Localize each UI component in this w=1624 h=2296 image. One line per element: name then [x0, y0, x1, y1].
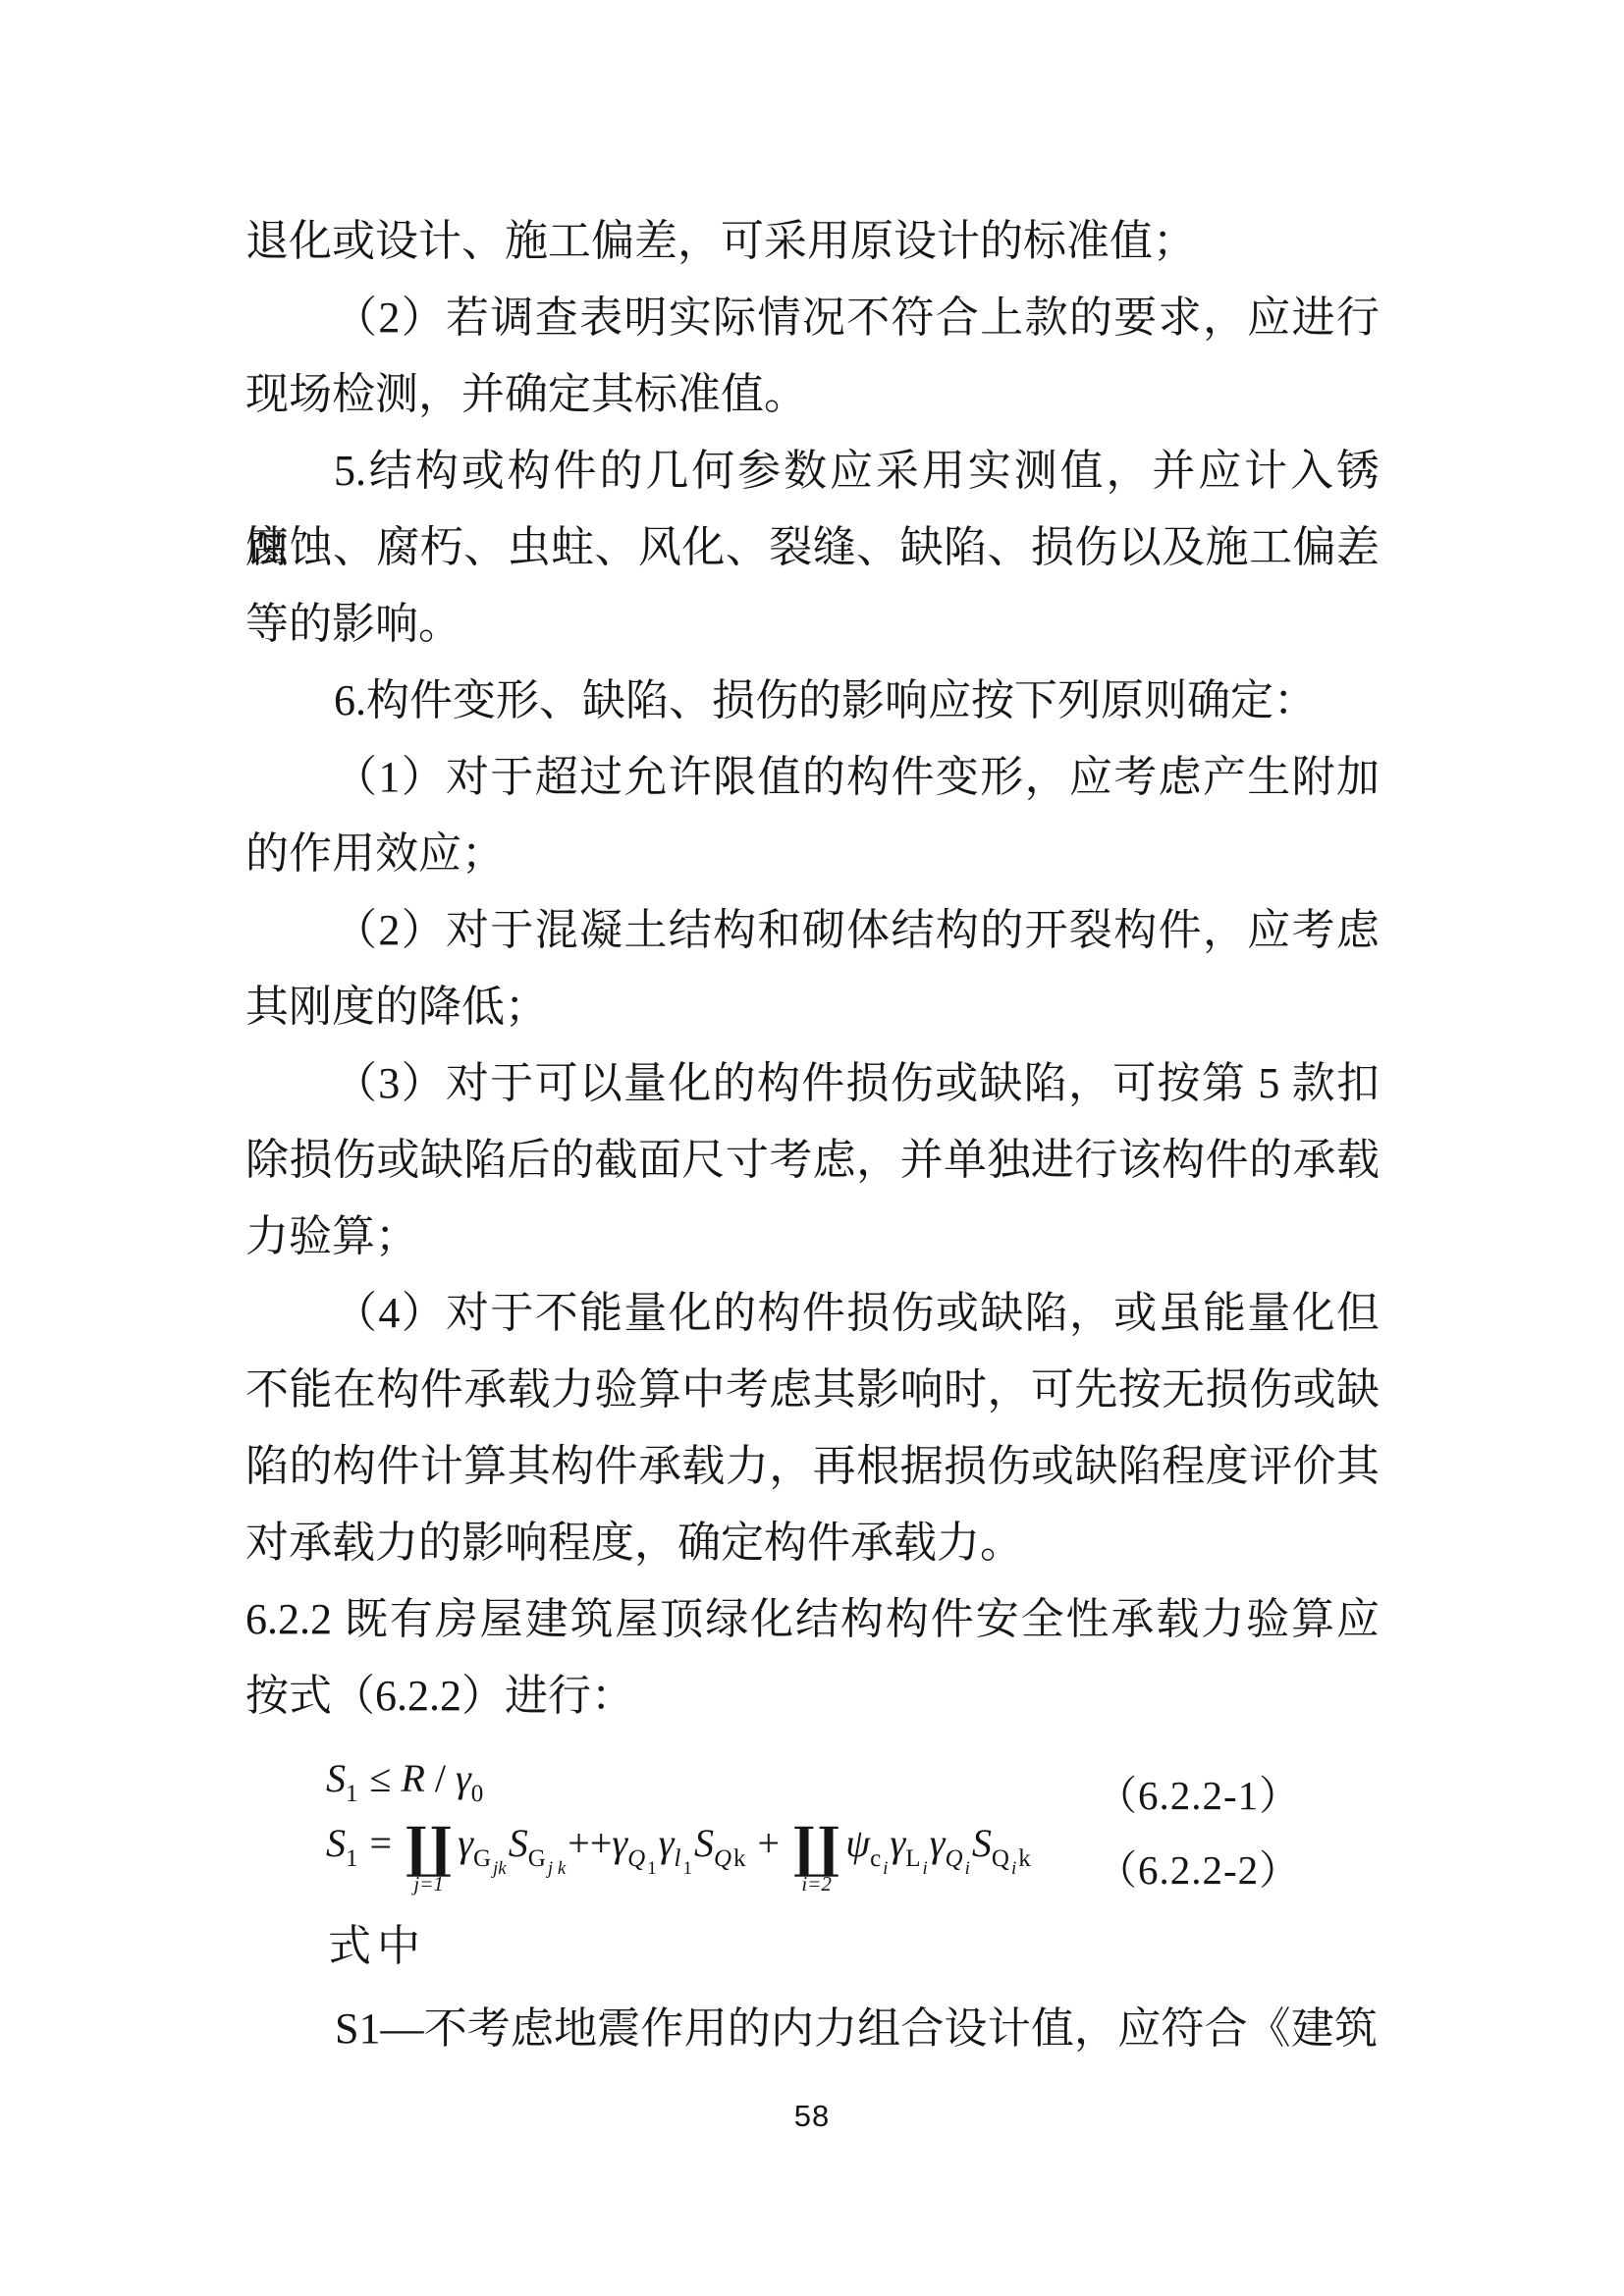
text-line: （4）对于不能量化的构件损伤或缺陷，或虽能量化但 — [245, 1275, 1380, 1352]
coproduct-operator: ∐i=2 — [793, 1823, 839, 1896]
formula-token: jk — [493, 1858, 507, 1879]
document-page: 退化或设计、施工偏差，可采用原设计的标准值；（2）若调查表明实际情况不符合上款的… — [0, 0, 1624, 2296]
text-line: 除损伤或缺陷后的截面尺寸考虑，并单独进行该构件的承载 — [245, 1122, 1380, 1199]
text-line: 的作用效应； — [245, 816, 1380, 892]
text-line: （3）对于可以量化的构件损伤或缺陷，可按第 5 款扣 — [245, 1045, 1380, 1122]
formula-token: i — [1011, 1858, 1016, 1879]
text-line: 力验算； — [245, 1199, 1380, 1275]
text-line: 陷的构件计算其构件承载力，再根据损伤或缺陷程度评价其 — [245, 1428, 1380, 1505]
equation-label-2: （6.2.2-2） — [1097, 1838, 1300, 1896]
text-line: 其刚度的降低； — [245, 969, 1380, 1045]
formula-token: L — [905, 1845, 920, 1872]
formula-token: c — [870, 1845, 881, 1872]
equation-label-1: （6.2.2-1） — [1097, 1763, 1300, 1821]
page-number: 58 — [0, 2099, 1624, 2134]
text-line: 6.2.2 既有房屋建筑屋顶绿化结构构件安全性承载力验算应 — [245, 1581, 1380, 1658]
formula-token: i — [923, 1858, 928, 1879]
text-line: 不能在构件承载力验算中考虑其影响时，可先按无损伤或缺 — [245, 1352, 1380, 1428]
formula-token: ++ — [568, 1821, 612, 1865]
formula-token: γ — [659, 1821, 675, 1865]
text-line: 等的影响。 — [245, 586, 1380, 663]
formula-2-expression: S1 = ∐j=1γGjkSGj k++γQ1γl1SQk + ∐i=2ψciγ… — [326, 1794, 1033, 1918]
formula-where-label: 式中 — [328, 1910, 426, 1973]
text-line: 对承载力的影响程度，确定构件承载力。 — [245, 1505, 1380, 1581]
formula-token: G — [473, 1845, 491, 1872]
formula-token: k — [1018, 1845, 1031, 1872]
coproduct-operator: ∐j=1 — [406, 1823, 452, 1896]
formula-token: k — [733, 1845, 746, 1872]
formula-token: Q — [946, 1845, 963, 1872]
formula-token: + — [748, 1821, 790, 1865]
formula-token: γ — [930, 1821, 946, 1865]
body-text: 退化或设计、施工偏差，可采用原设计的标准值；（2）若调查表明实际情况不符合上款的… — [245, 203, 1380, 1735]
formula-token: S — [972, 1821, 992, 1865]
formula-token: S — [509, 1821, 528, 1865]
formula-token: S — [326, 1821, 346, 1865]
formula-token: i — [965, 1858, 970, 1879]
formula-token: γ — [612, 1821, 627, 1865]
formula-token: Q — [992, 1845, 1009, 1872]
formula-token: S — [694, 1821, 714, 1865]
formula-token: 1 — [647, 1858, 657, 1879]
text-line: 按式（6.2.2）进行： — [245, 1658, 1380, 1735]
symbol-definition-line: S1—不考虑地震作用的内力组合设计值，应符合《建筑 — [335, 1991, 1378, 2067]
text-line: 现场检测，并确定其标准值。 — [245, 356, 1380, 433]
formula-token: 1 — [682, 1858, 692, 1879]
text-line: 腐蚀、腐朽、虫蛀、风化、裂缝、缺陷、损伤以及施工偏差 — [245, 509, 1380, 586]
formula-token: G — [528, 1845, 546, 1872]
formula-token: ψ — [845, 1821, 870, 1865]
text-line: 5.结构或构件的几何参数应采用实测值，并应计入锈蚀、 — [245, 433, 1380, 509]
text-line: 6.构件变形、缺陷、损伤的影响应按下列原则确定： — [245, 663, 1380, 739]
formula-token: l — [675, 1845, 681, 1872]
text-line: （2）若调查表明实际情况不符合上款的要求，应进行 — [245, 280, 1380, 356]
formula-token: = — [360, 1821, 403, 1865]
formula-token: Q — [627, 1845, 645, 1872]
formula-token: Q — [714, 1845, 731, 1872]
text-line: （2）对于混凝土结构和砌体结构的开裂构件，应考虑 — [245, 892, 1380, 969]
formula-token: γ — [458, 1821, 473, 1865]
formula-token: i — [883, 1858, 888, 1879]
formula-token: 1 — [346, 1845, 358, 1872]
formula-token: j k — [548, 1858, 566, 1879]
text-line: （1）对于超过允许限值的构件变形，应考虑产生附加 — [245, 739, 1380, 816]
formula-token: γ — [890, 1821, 905, 1865]
text-line: 退化或设计、施工偏差，可采用原设计的标准值； — [245, 203, 1380, 280]
